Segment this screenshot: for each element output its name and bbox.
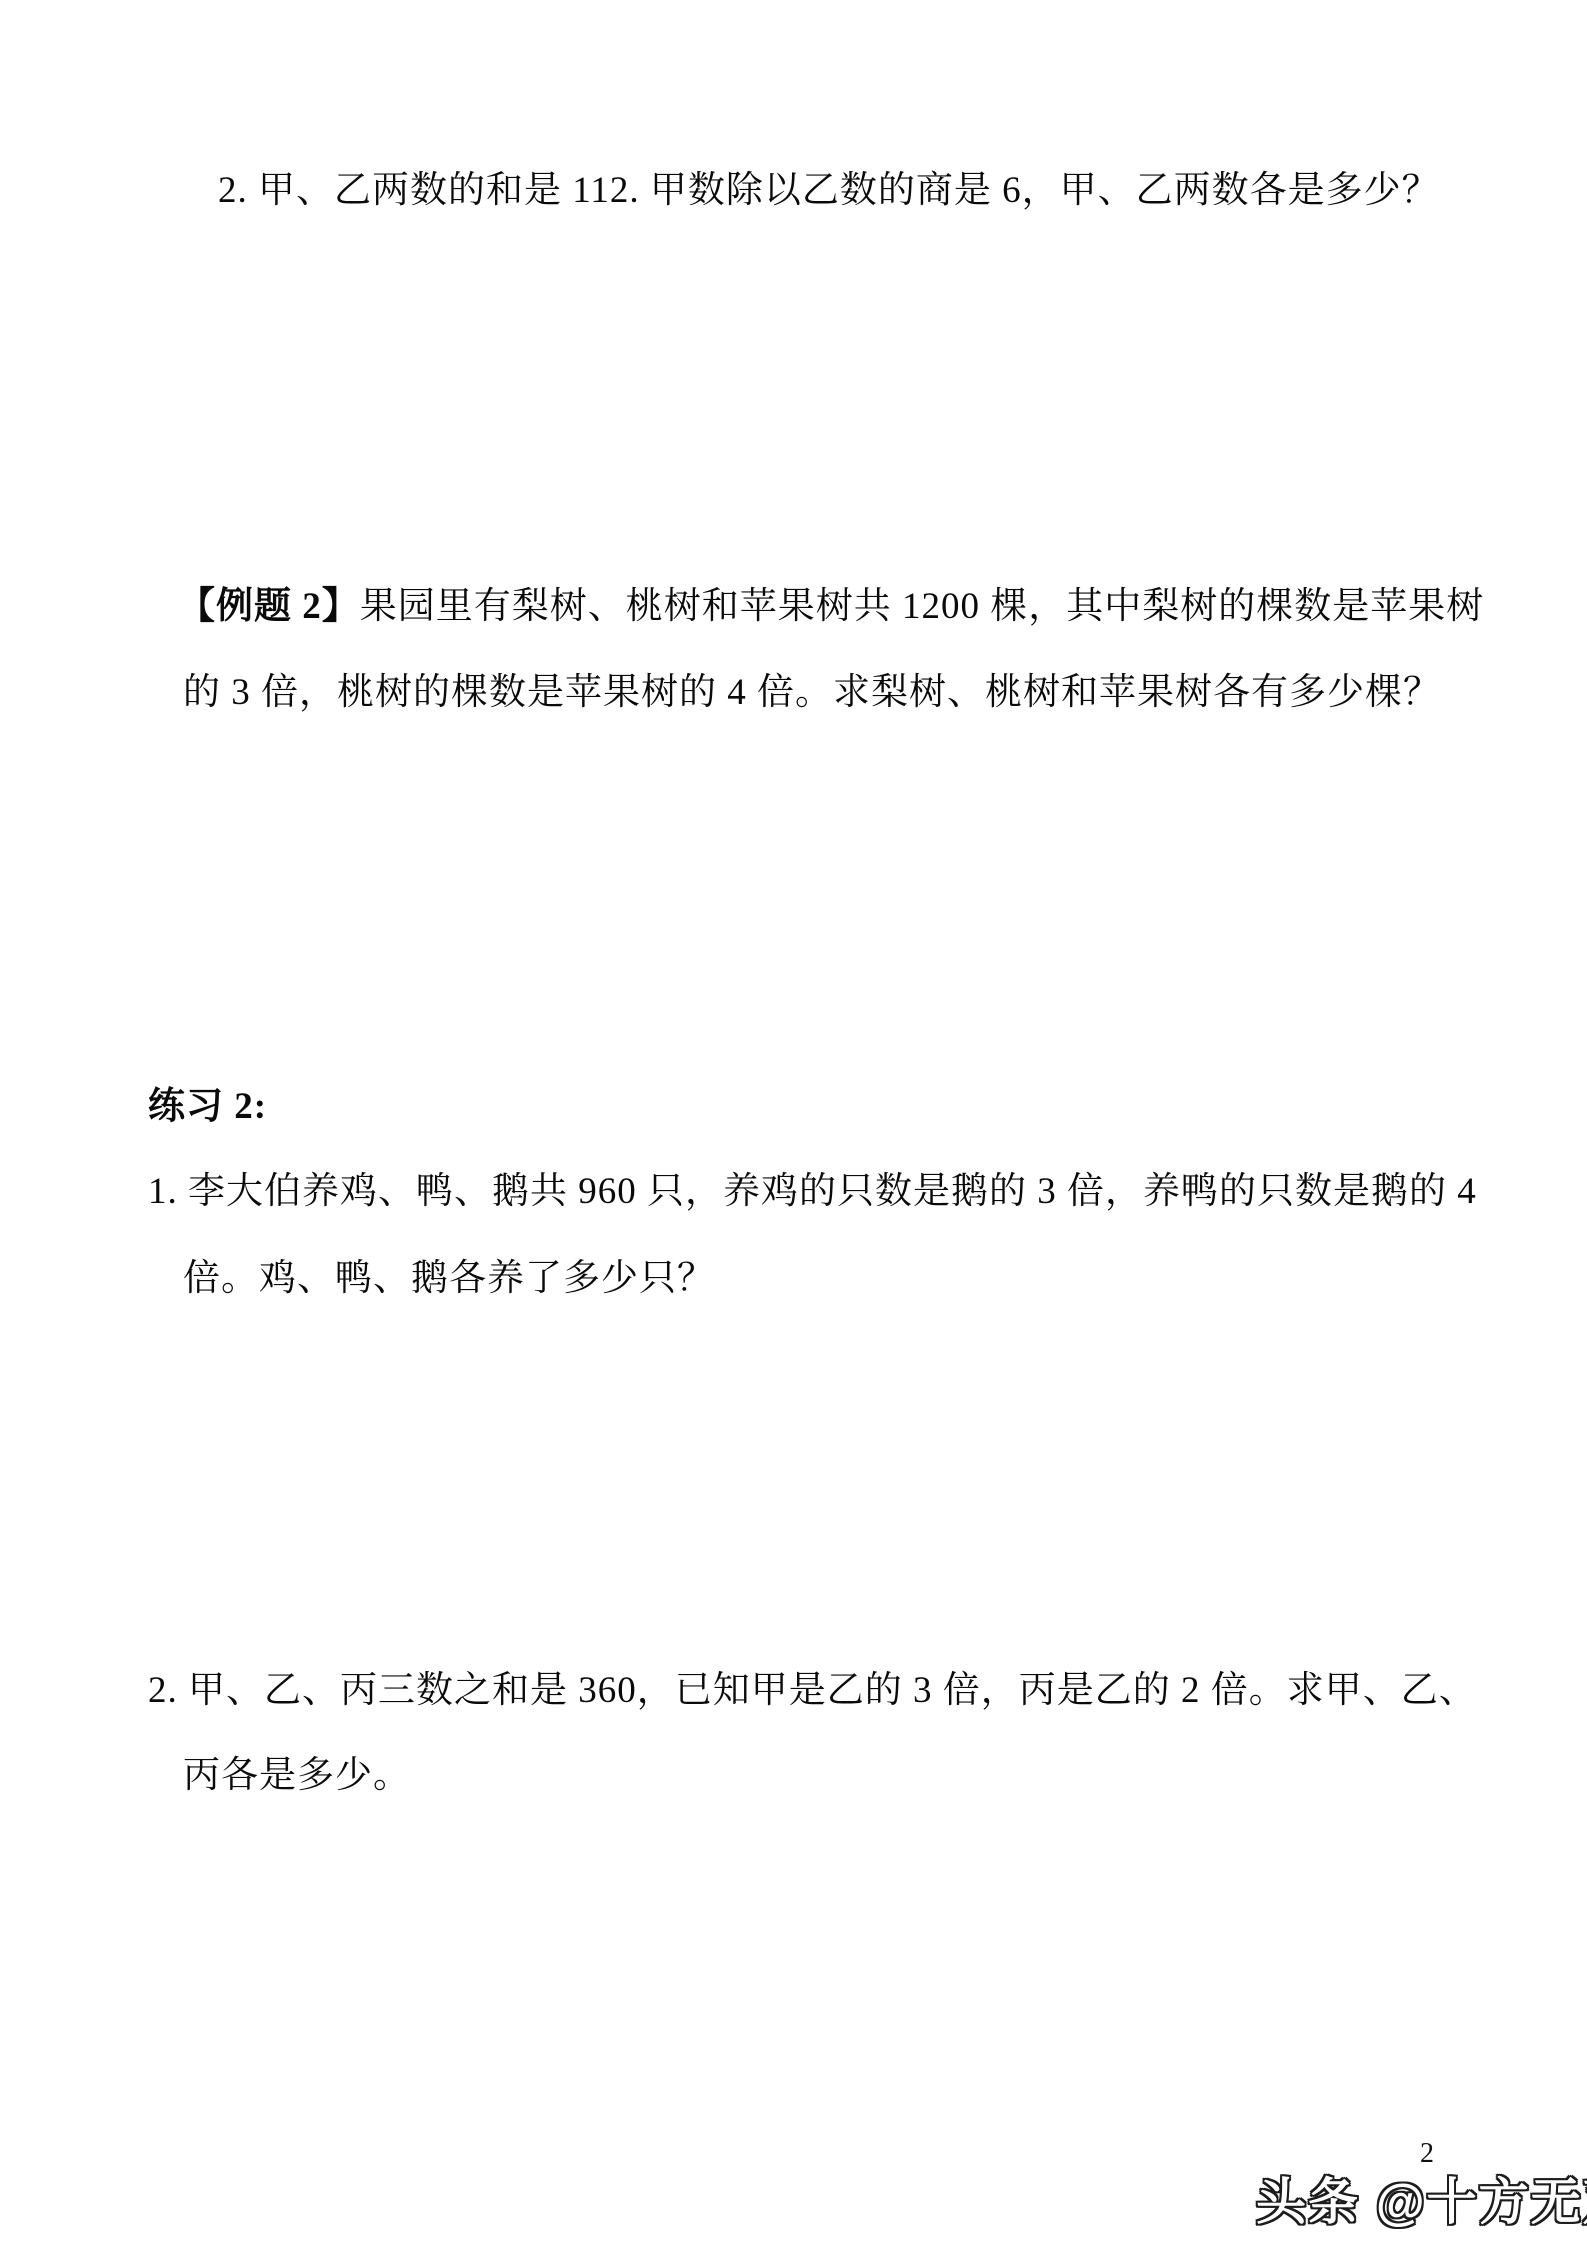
- prev-question-2: 2. 甲、乙两数的和是 112. 甲数除以乙数的商是 6，甲、乙两数各是多少？: [218, 168, 1440, 214]
- practice-q2-line-2: 丙各是多少。: [183, 1753, 411, 1799]
- example-2-line-2: 的 3 倍，桃树的棵数是苹果树的 4 倍。求梨树、桃树和苹果树各有多少棵？: [183, 670, 1441, 716]
- example-2-line-1: 【例题 2】果园里有梨树、桃树和苹果树共 1200 棵，其中梨树的棵数是苹果树: [178, 584, 1484, 630]
- practice-q1-line-1: 1. 李大伯养鸡、鸭、鹅共 960 只，养鸡的只数是鹅的 3 倍，养鸭的只数是鹅…: [148, 1169, 1477, 1215]
- watermark-toutiao: 头条 @十方无双: [1256, 2162, 1587, 2234]
- practice-q1-line-2: 倍。鸡、鸭、鹅各养了多少只？: [183, 1256, 715, 1302]
- example-2-text-1: 果园里有梨树、桃树和苹果树共 1200 棵，其中梨树的棵数是苹果树: [360, 586, 1485, 627]
- example-2-label: 【例题 2】: [178, 586, 360, 627]
- practice-q2-line-1: 2. 甲、乙、丙三数之和是 360，已知甲是乙的 3 倍，丙是乙的 2 倍。求甲…: [148, 1668, 1477, 1714]
- practice-header: 练习 2:: [148, 1084, 267, 1130]
- worksheet-page: 2. 甲、乙两数的和是 112. 甲数除以乙数的商是 6，甲、乙两数各是多少？ …: [0, 0, 1587, 2245]
